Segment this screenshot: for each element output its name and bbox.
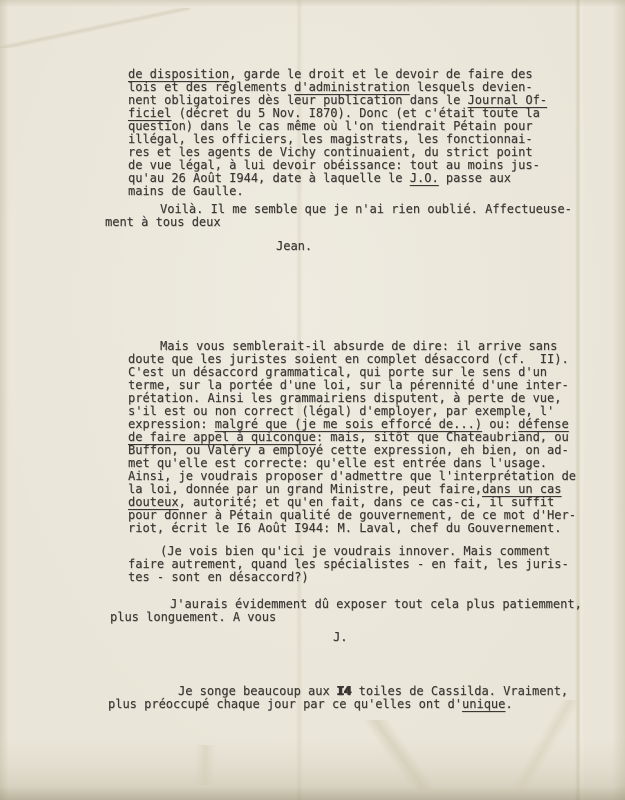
text-run: de vue légal, à lui devoir obéissance: t… [128,158,540,172]
text-run: , garde le droit et le devoir de faire d… [229,67,532,81]
text-run: (Je vois bien qu'ici je voudrais innover… [160,544,550,558]
underlined-text: malgré que (je me sois efforcé de...) [215,417,482,431]
text-run: Ainsi, je voudrais proposer d'admettre q… [128,469,576,483]
paper: de disposition, garde le droit et le dev… [0,0,625,800]
text-run: res et les agents de Vichy continuaient,… [128,145,533,159]
typed-line: Voilà. Il me semble que je n'ai rien oub… [160,203,572,216]
underlined-text: d'administration [294,80,410,94]
text-run: mains de Gaulle. [128,184,244,198]
underlined-text: douteux [128,495,179,509]
typed-line: riot, écrit le I6 Août I944: M. Laval, c… [128,522,561,535]
underlined-text: de faire appel à quiconque [128,430,316,444]
text-run: lois et des réglements [128,80,294,94]
text-run: (décret du 5 Nov. I870). Donc (et c'étai… [171,106,539,120]
text-run: expression: [128,417,215,431]
paper-crease-bottom-left [40,745,370,785]
text-run: plus longuement. A vous [110,610,276,624]
signature-line: Jean. [276,240,312,253]
text-run: lesquels devien- [410,80,533,94]
underlined-text: défense [518,417,569,431]
text-run: nent obligatoires dès leur publication d… [128,93,468,107]
text-run: question) dans le cas même où l'on tiend… [128,119,533,133]
text-run: pour donner à Pétain qualité de gouverne… [128,508,576,522]
typed-line: ment à tous deux [105,216,221,229]
typed-line: plus préoccupé chaque jour par ce qu'ell… [108,698,513,711]
text-run: qu'au 26 Août I944, date à laquelle le [128,171,410,185]
text-run: toiles de Cassilda. Vraiment, [351,684,568,698]
text-run: Voilà. Il me semble que je n'ai rien oub… [160,202,572,216]
signature-line: J. [333,631,347,644]
underlined-text: Journal Of- [468,93,547,107]
underlined-text: J.O. [410,171,439,185]
text-run: ment à tous deux [105,215,221,229]
text-run: la loi, donnée par un grand Ministre, pe… [128,482,482,496]
typed-line: tes - sont en désaccord?) [128,571,309,584]
underlined-text: de disposition [128,67,229,81]
text-run: terme, sur la portée d'une loi, sur la p… [128,378,569,392]
text-run: plus préoccupé chaque jour par ce qu'ell… [108,697,462,711]
text-run: C'est un désaccord grammatical, qui port… [128,365,547,379]
text-run: Je songe beaucoup aux [178,684,337,698]
text-run: met qu'elle est correcte: qu'elle est en… [128,456,547,470]
typed-line: plus longuement. A vous [110,611,276,624]
paper-crease-bottom-corner [470,700,620,790]
text-run: J. [333,630,347,644]
text-run: Buffon, ou Valéry a employé cette expres… [128,443,569,457]
paper-crease-top-left [0,8,190,48]
underlined-text: unique [462,697,505,711]
text-run: doute que les juristes soient en complet… [128,352,569,366]
text-run: faire autrement, quand les spécialistes … [128,557,569,571]
text-run: ou: [482,417,518,431]
text-run: Jean. [276,239,312,253]
text-run: : mais, sitôt que Chateaubriand, ou [316,430,569,444]
overstruck-text: I4 [337,684,351,698]
text-run: s'il est ou non correct (légal) d'employ… [128,404,554,418]
paper-crease-bottom-right [260,720,540,790]
text-run: illégal, les officiers, les magistrats, … [128,132,533,146]
text-run: Mais vous semblerait-il absurde de dire:… [160,339,557,353]
underlined-text: dans un cas [482,482,561,496]
text-run: , autorité; et qu'en fait, dans ce cas-c… [179,495,555,509]
typed-line: mains de Gaulle. [128,185,244,198]
underlined-text: ficiel [128,106,171,120]
text-run: . [505,697,512,711]
text-run: prétation. Ainsi les grammairiens disput… [128,391,561,405]
text-run: riot, écrit le I6 Août I944: M. Laval, c… [128,521,561,535]
text-run: J'aurais évidemment dû exposer tout cela… [170,597,582,611]
text-run: passe aux [439,171,511,185]
text-run: tes - sont en désaccord?) [128,570,309,584]
